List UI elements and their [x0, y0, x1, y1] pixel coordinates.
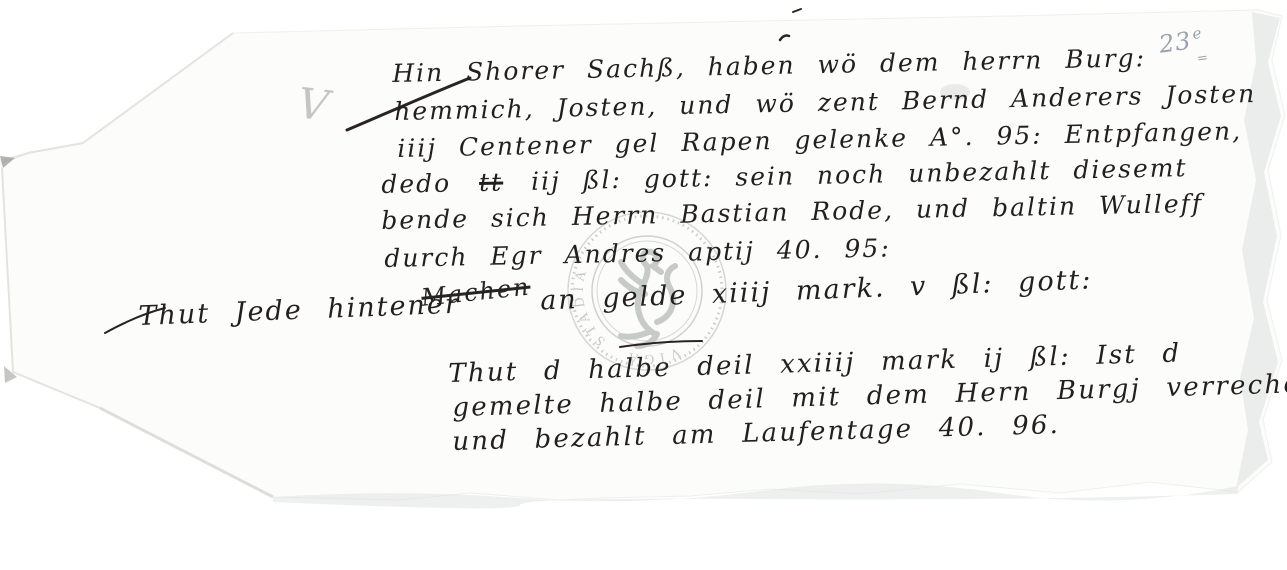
manuscript-scan: STADIA VIGA 23e	[0, 0, 1287, 570]
ink-speck-small-icon	[793, 9, 801, 12]
check-mark: V	[295, 78, 331, 130]
line4-pre: dedo	[381, 169, 451, 199]
line4-struck-word: tt	[479, 167, 504, 196]
page-number-underline: =	[1196, 50, 1209, 66]
page-number-value: 23	[1157, 26, 1193, 58]
